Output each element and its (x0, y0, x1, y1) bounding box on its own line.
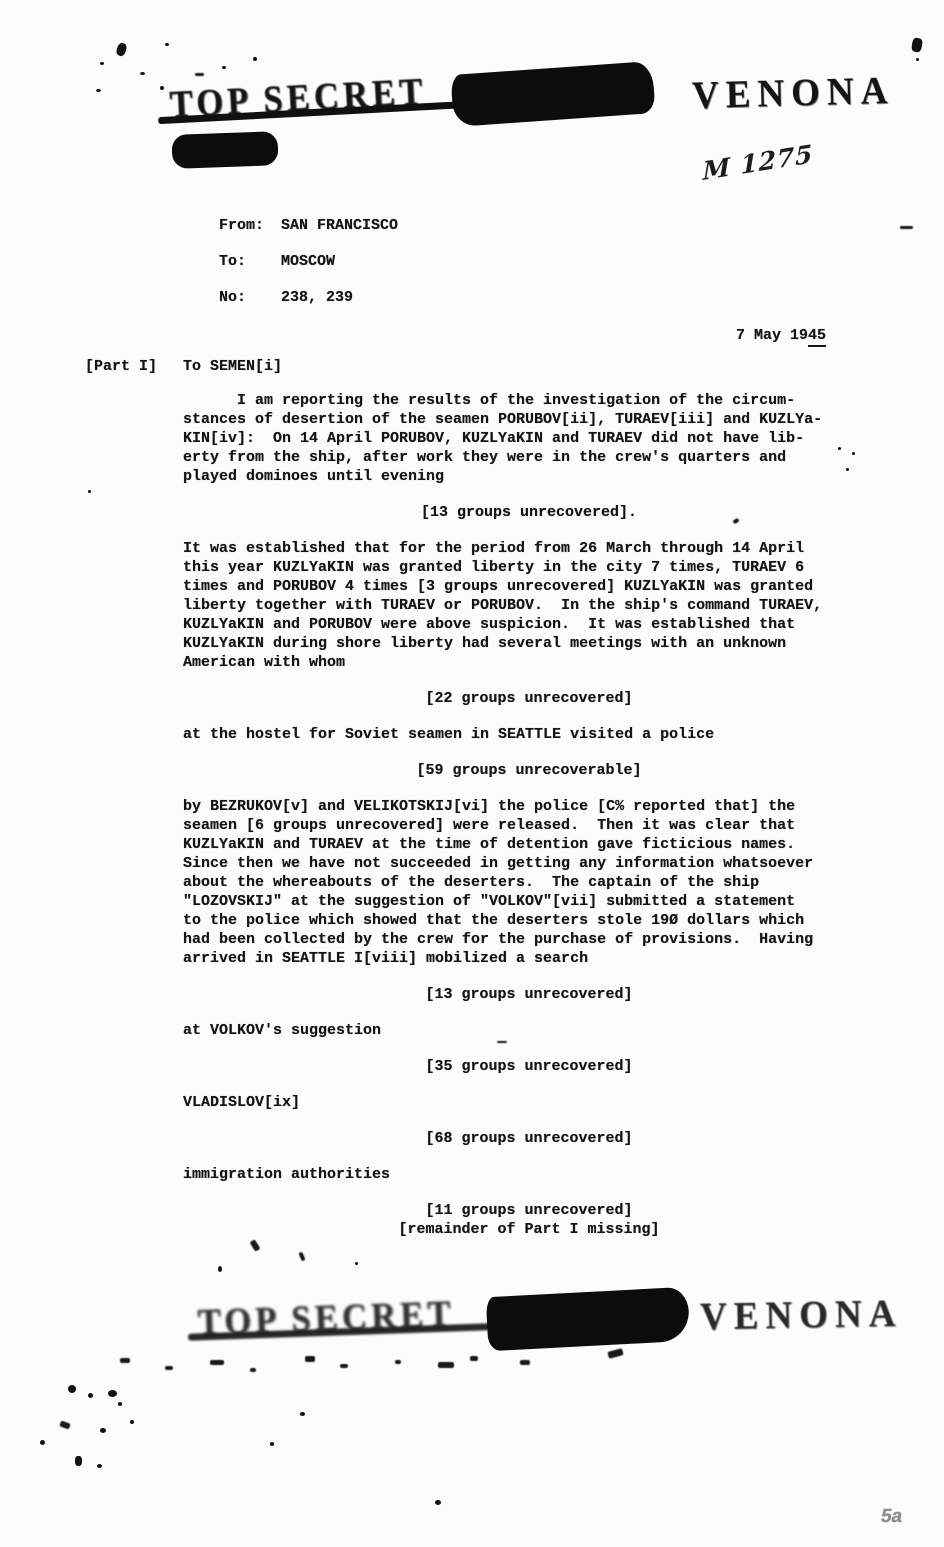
unrecovered-groups-note: [59 groups unrecoverable] (183, 761, 833, 780)
message-paragraph: It was established that for the period f… (183, 539, 833, 672)
unrecovered-groups-note: [68 groups unrecovered] (183, 1129, 833, 1148)
unrecovered-groups-note: [13 groups unrecovered] (183, 985, 833, 1004)
venona-stamp-bottom: VENONA (700, 1291, 903, 1340)
addressee-line: To SEMEN[i] (183, 357, 282, 376)
to-value: MOSCOW (281, 253, 335, 270)
no-value: 238, 239 (281, 289, 353, 306)
message-paragraph: by BEZRUKOV[v] and VELIKOTSKIJ[vi] the p… (183, 797, 833, 968)
unrecovered-groups-note: [35 groups unrecovered] (183, 1057, 833, 1076)
date-prefix: 7 May 19 (736, 327, 808, 344)
from-value: SAN FRANCISCO (281, 217, 398, 234)
venona-stamp-bottom-text: VENONA (700, 1292, 903, 1339)
venona-document-page: TOP SECRET VENONA M 1275 From:SAN FRANCI… (0, 0, 944, 1547)
no-label: No: (219, 288, 281, 307)
date-underlined: 45 (808, 327, 826, 347)
redaction-blob-secondary (171, 131, 278, 169)
part-label: [Part I] (85, 357, 157, 376)
redaction-blob-top (450, 61, 655, 127)
venona-stamp-text: VENONA (691, 69, 894, 117)
venona-stamp-top: VENONA (691, 68, 894, 118)
message-paragraph: immigration authorities (183, 1165, 833, 1184)
unrecovered-groups-note: [22 groups unrecovered] (183, 689, 833, 708)
redaction-blob-bottom (486, 1287, 691, 1351)
unrecovered-groups-note: [11 groups unrecovered] [remainder of Pa… (183, 1201, 833, 1239)
message-paragraph: at the hostel for Soviet seamen in SEATT… (183, 725, 833, 744)
message-paragraph: VLADISLOV[ix] (183, 1093, 833, 1112)
page-number: 5a (879, 1506, 904, 1528)
message-paragraph: I am reporting the results of the invest… (183, 391, 833, 486)
handwritten-annotation: M 1275 (702, 139, 813, 186)
message-paragraph: at VOLKOV's suggestion (183, 1021, 833, 1040)
header-no-row: No:238, 239 (183, 269, 353, 326)
date-line: 7 May 1945 (700, 307, 826, 364)
